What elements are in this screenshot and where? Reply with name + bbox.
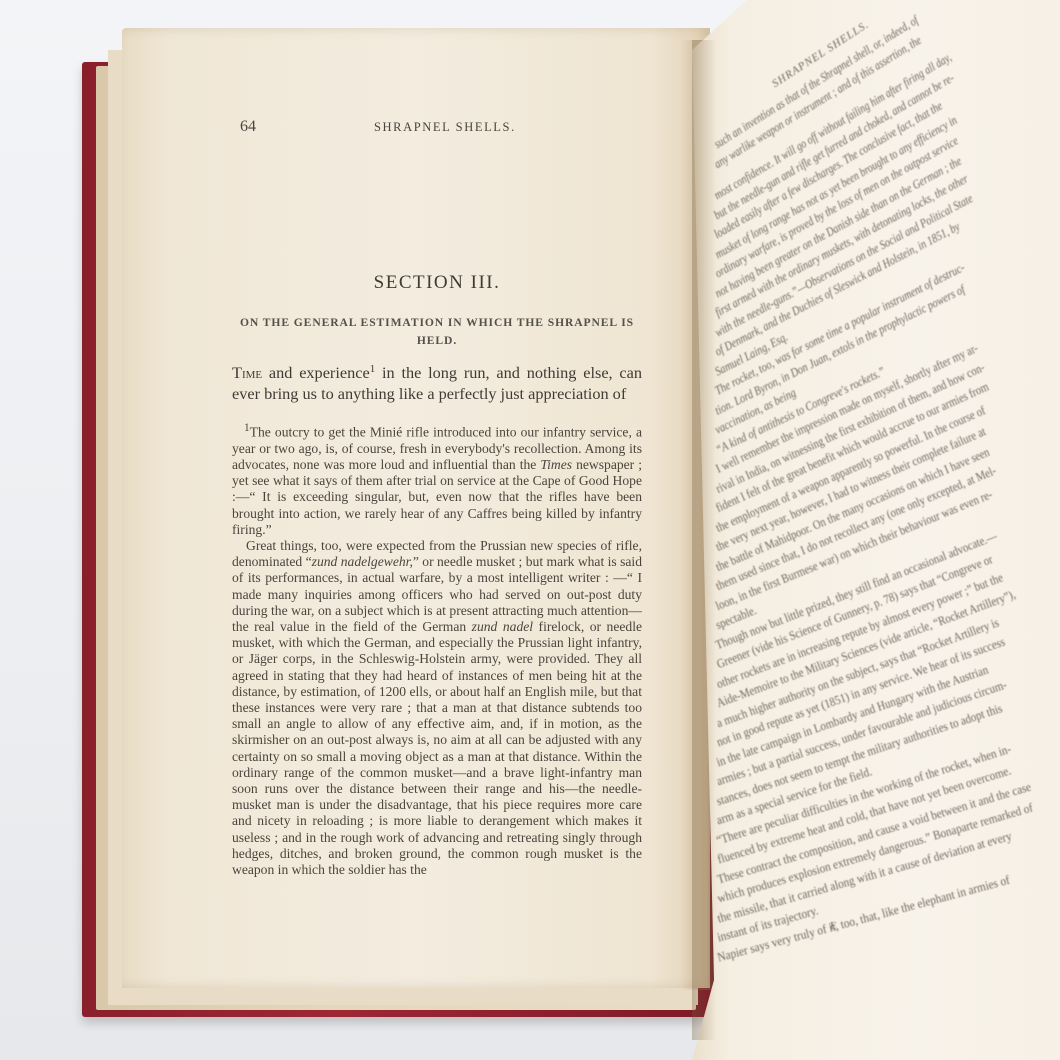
lead-word: Time bbox=[232, 363, 262, 382]
footnote-paragraph-1: 1The outcry to get the Minié rifle intro… bbox=[232, 420, 642, 538]
section-title: SECTION III. bbox=[232, 272, 642, 294]
section-subtitle: ON THE GENERAL ESTIMATION IN WHICH THE S… bbox=[232, 314, 642, 350]
section-subtitle-line-1: ON THE GENERAL ESTIMATION IN WHICH THE S… bbox=[232, 314, 642, 332]
footnote-italic-times: Times bbox=[540, 457, 572, 472]
body-paragraph: Time and experience1 in the long run, an… bbox=[232, 362, 642, 404]
footnote-paragraph-2: Great things, too, were expected from th… bbox=[232, 538, 642, 878]
footnote-italic-term: zund nadelgewehr, bbox=[312, 554, 413, 569]
body-text-a: and experience bbox=[262, 363, 370, 382]
signature-mark: E bbox=[830, 920, 837, 932]
right-page-content: SHRAPNEL SHELLS. such an invention as th… bbox=[712, 0, 1032, 1060]
running-head-title: SHRAPNEL SHELLS. bbox=[374, 120, 516, 135]
footnote: 1The outcry to get the Minié rifle intro… bbox=[232, 420, 642, 878]
footnote-text: firelock, or needle musket, with which t… bbox=[232, 619, 642, 877]
footnote-italic-term: zund nadel bbox=[472, 619, 533, 634]
left-page-content: 64 SHRAPNEL SHELLS. SECTION III. ON THE … bbox=[232, 100, 642, 124]
book-photo-scene: 64 SHRAPNEL SHELLS. SECTION III. ON THE … bbox=[0, 0, 1060, 1060]
page-number: 64 bbox=[240, 118, 256, 136]
running-head: 64 SHRAPNEL SHELLS. bbox=[232, 100, 642, 124]
section-subtitle-line-2: HELD. bbox=[232, 332, 642, 350]
